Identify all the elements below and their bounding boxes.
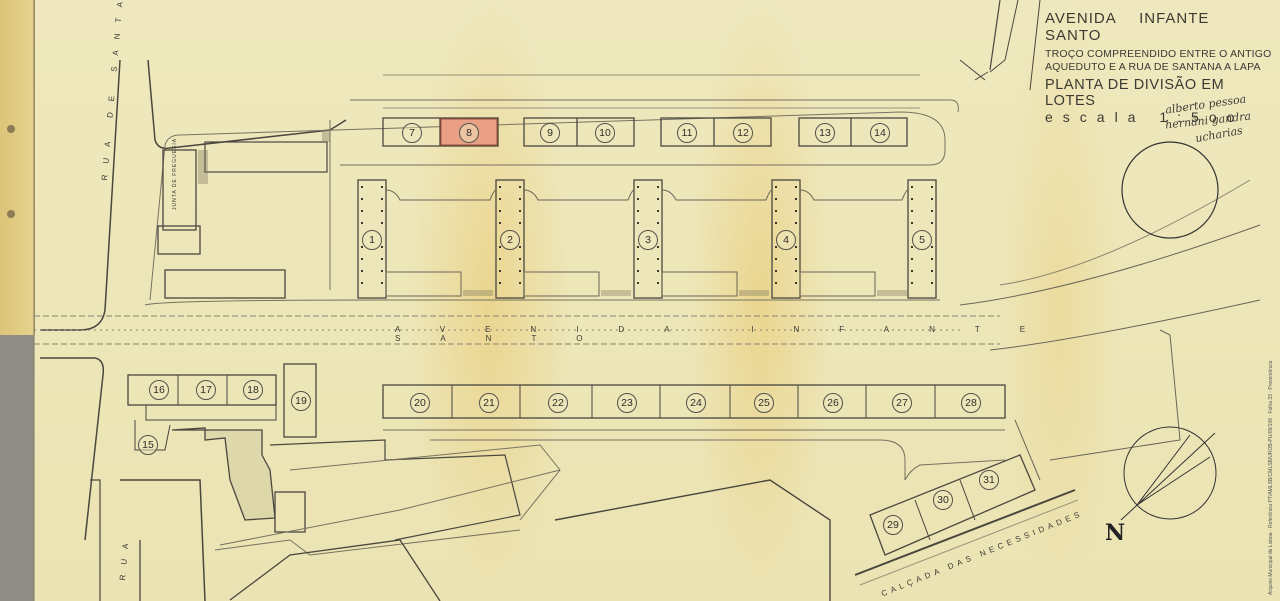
lot-22[interactable]: 22 — [548, 393, 568, 413]
lot-24[interactable]: 24 — [686, 393, 706, 413]
lot-27[interactable]: 27 — [892, 393, 912, 413]
lot-7[interactable]: 7 — [402, 123, 422, 143]
lot-2[interactable]: 2 — [500, 230, 520, 250]
lot-16[interactable]: 16 — [149, 380, 169, 400]
lot-23[interactable]: 23 — [617, 393, 637, 413]
street-label-avenida-infante-santo: AVENIDA INFANTE SANTO — [395, 325, 1280, 343]
lot-1[interactable]: 1 — [362, 230, 382, 250]
archive-reference: Arquivo Municipal de Lisboa · Referência… — [1268, 361, 1274, 595]
lot-21[interactable]: 21 — [479, 393, 499, 413]
lot-14[interactable]: 14 — [870, 123, 890, 143]
lot-13[interactable]: 13 — [815, 123, 835, 143]
north-arrow-label: N — [1105, 520, 1125, 546]
lot-15[interactable]: 15 — [138, 435, 158, 455]
title-block: AVENIDA INFANTE SANTO TROÇO COMPREENDIDO… — [1045, 10, 1275, 125]
lot-11[interactable]: 11 — [677, 123, 697, 143]
title-section-line1: TROÇO COMPREENDIDO ENTRE O ANTIGO — [1045, 48, 1275, 61]
lot-8[interactable]: 8 — [459, 123, 479, 143]
lot-10[interactable]: 10 — [595, 123, 615, 143]
lot-17[interactable]: 17 — [196, 380, 216, 400]
title-section-line2: AQUEDUTO E A RUA DE SANTANA A LAPA — [1045, 61, 1275, 74]
lot-3[interactable]: 3 — [638, 230, 658, 250]
lot-20[interactable]: 20 — [410, 393, 430, 413]
lot-26[interactable]: 26 — [823, 393, 843, 413]
lot-31[interactable]: 31 — [979, 470, 999, 490]
lot-12[interactable]: 12 — [733, 123, 753, 143]
lot-28[interactable]: 28 — [961, 393, 981, 413]
lot-25[interactable]: 25 — [754, 393, 774, 413]
lot-5[interactable]: 5 — [912, 230, 932, 250]
title-avenue: AVENIDA INFANTE SANTO — [1045, 10, 1275, 44]
lot-19[interactable]: 19 — [291, 391, 311, 411]
lot-29[interactable]: 29 — [883, 515, 903, 535]
building-label: JUNTA DE FREGUESIA — [172, 138, 178, 210]
lot-9[interactable]: 9 — [540, 123, 560, 143]
lot-4[interactable]: 4 — [776, 230, 796, 250]
lot-30[interactable]: 30 — [933, 490, 953, 510]
lot-18[interactable]: 18 — [243, 380, 263, 400]
